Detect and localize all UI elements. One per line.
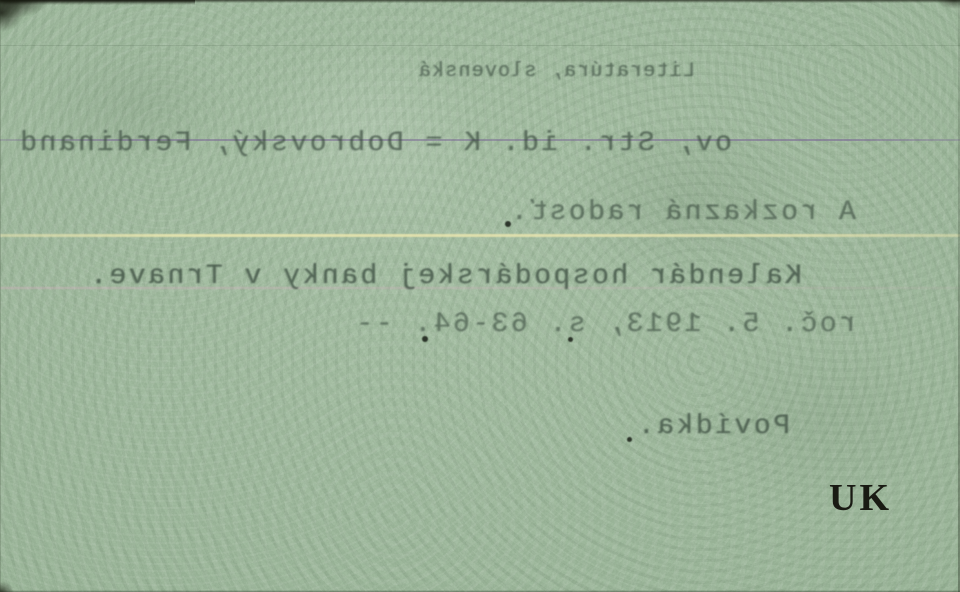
top-left-corner-shadow	[0, 0, 50, 18]
top-left-corner-shadow	[0, 0, 24, 32]
card-left-edge	[0, 0, 1, 592]
card-top-edge	[0, 0, 960, 3]
paper-grain-texture	[0, 0, 960, 592]
typescript-line-title: A rozkazná radosť.	[509, 197, 856, 228]
ink-speck	[422, 336, 428, 342]
purple-rule-line	[0, 139, 960, 141]
card-top-edge-dark-segment	[0, 0, 195, 5]
catalog-card: Literatúra, slovenská ov, Str. id. K = D…	[0, 0, 960, 592]
ink-speck	[505, 221, 511, 227]
typescript-line-subject: Literatúra, slovenská	[418, 60, 695, 83]
paper-light-patch	[255, 35, 485, 235]
pink-rule-line	[0, 287, 960, 289]
typescript-line-genre-note: Povídka.	[636, 411, 790, 442]
ink-speck	[627, 437, 632, 442]
paper-dark-patch	[555, 115, 825, 285]
typescript-line-source: Kalendár hospodárskej banky v Trnave.	[88, 261, 802, 292]
mirrored-typescript-layer: Literatúra, slovenská ov, Str. id. K = D…	[0, 0, 960, 592]
top-right-corner-shadow	[936, 0, 960, 9]
cream-rule-line	[0, 234, 960, 237]
paper-dark-patch	[700, 330, 940, 510]
typescript-line-author: ov, Str. id. K = Dobrovský, Ferdinand	[18, 128, 732, 159]
faint-rule-line	[0, 45, 960, 46]
paper-dark-patch	[30, 40, 240, 170]
ink-speck	[568, 337, 573, 342]
bottom-left-corner-shadow	[0, 581, 14, 592]
typescript-line-citation: roč. 5. 1913, s. 63-64. --	[354, 309, 856, 340]
library-stamp: UK	[829, 476, 892, 520]
